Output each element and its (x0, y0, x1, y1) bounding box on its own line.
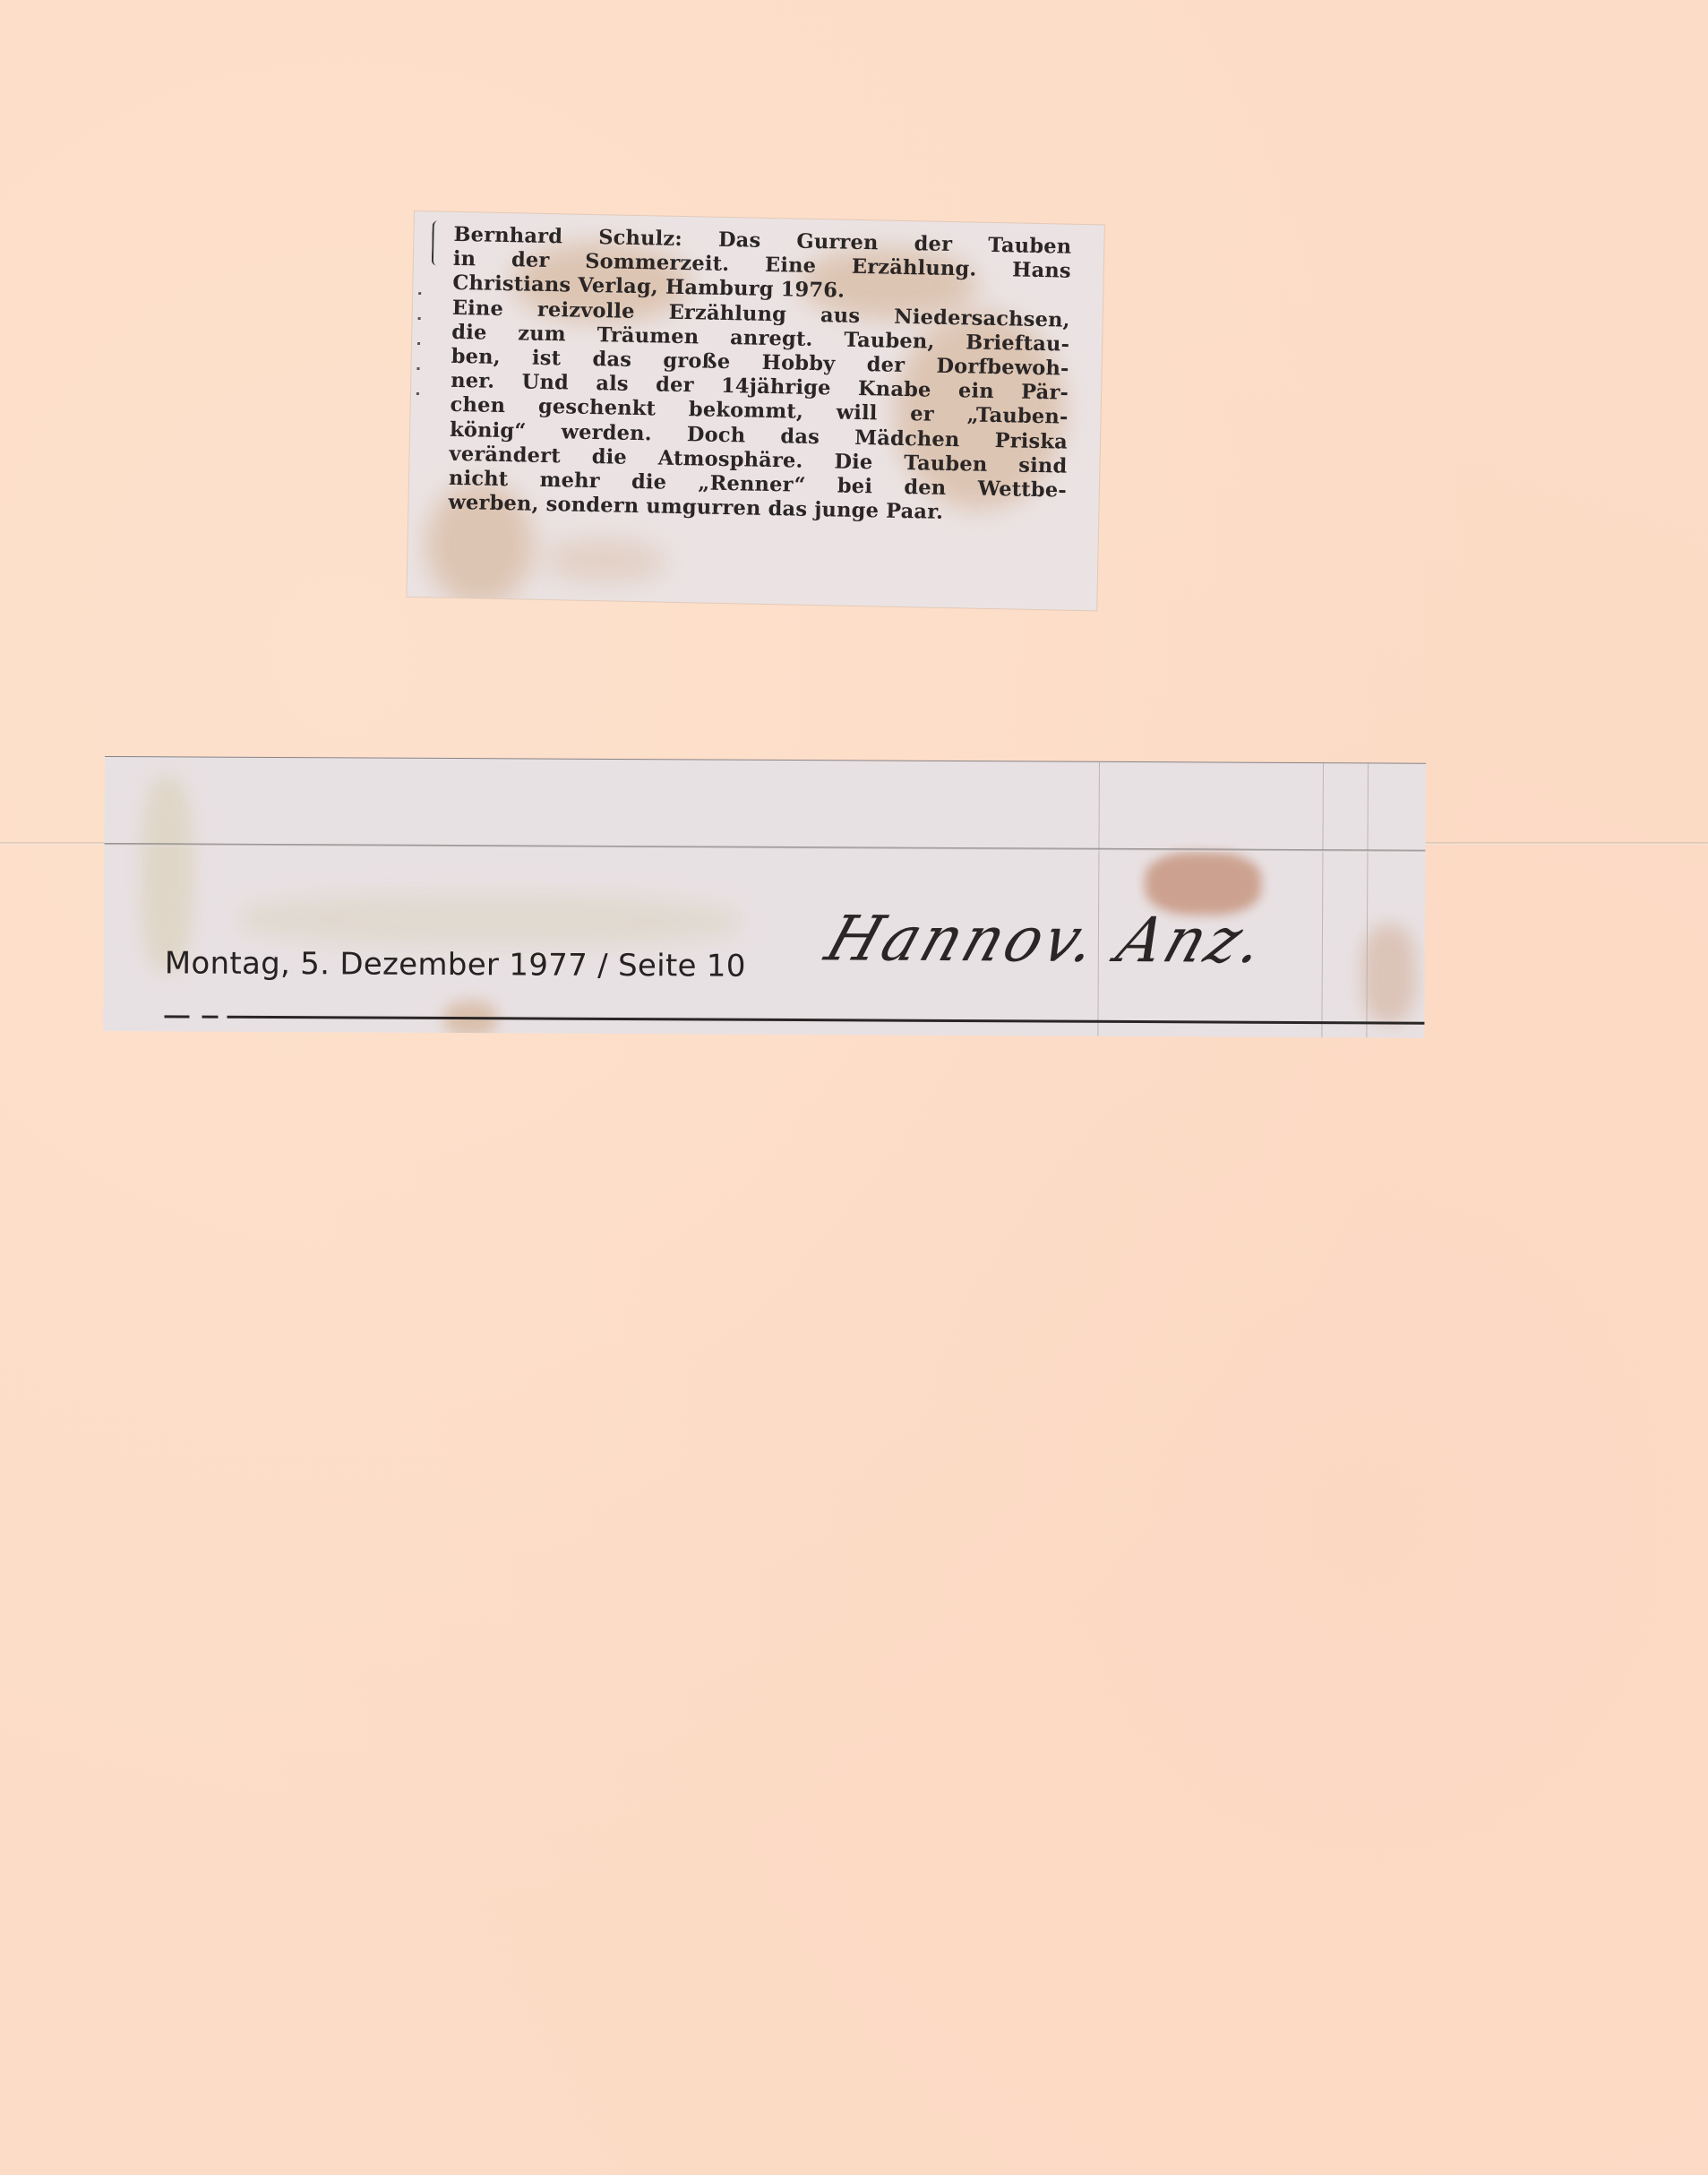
stain (140, 775, 194, 972)
review-text: Bernhard Schulz: Das Gurren der Tauben i… (448, 223, 1071, 528)
column-line (1321, 763, 1324, 1037)
book-review-clipping: Bernhard Schulz: Das Gurren der Tauben i… (407, 211, 1103, 610)
fold-crease (104, 843, 1425, 853)
margin-dots (416, 292, 421, 400)
date-strip-clipping: Montag, 5. Dezember 1977 / Seite 10 Hann… (103, 756, 1426, 1038)
publication-date-line: Montag, 5. Dezember 1977 / Seite 10 (165, 945, 746, 984)
bottom-rule (164, 1015, 1424, 1024)
rule-gap (218, 1014, 227, 1020)
stain (238, 892, 740, 949)
rule-gap (189, 1013, 202, 1019)
column-line (1097, 762, 1100, 1036)
margin-bracket-mark (432, 220, 442, 265)
stain (1361, 924, 1416, 1023)
handwritten-source-note: Hannov. Anz. (818, 902, 1278, 976)
stain (542, 537, 668, 584)
